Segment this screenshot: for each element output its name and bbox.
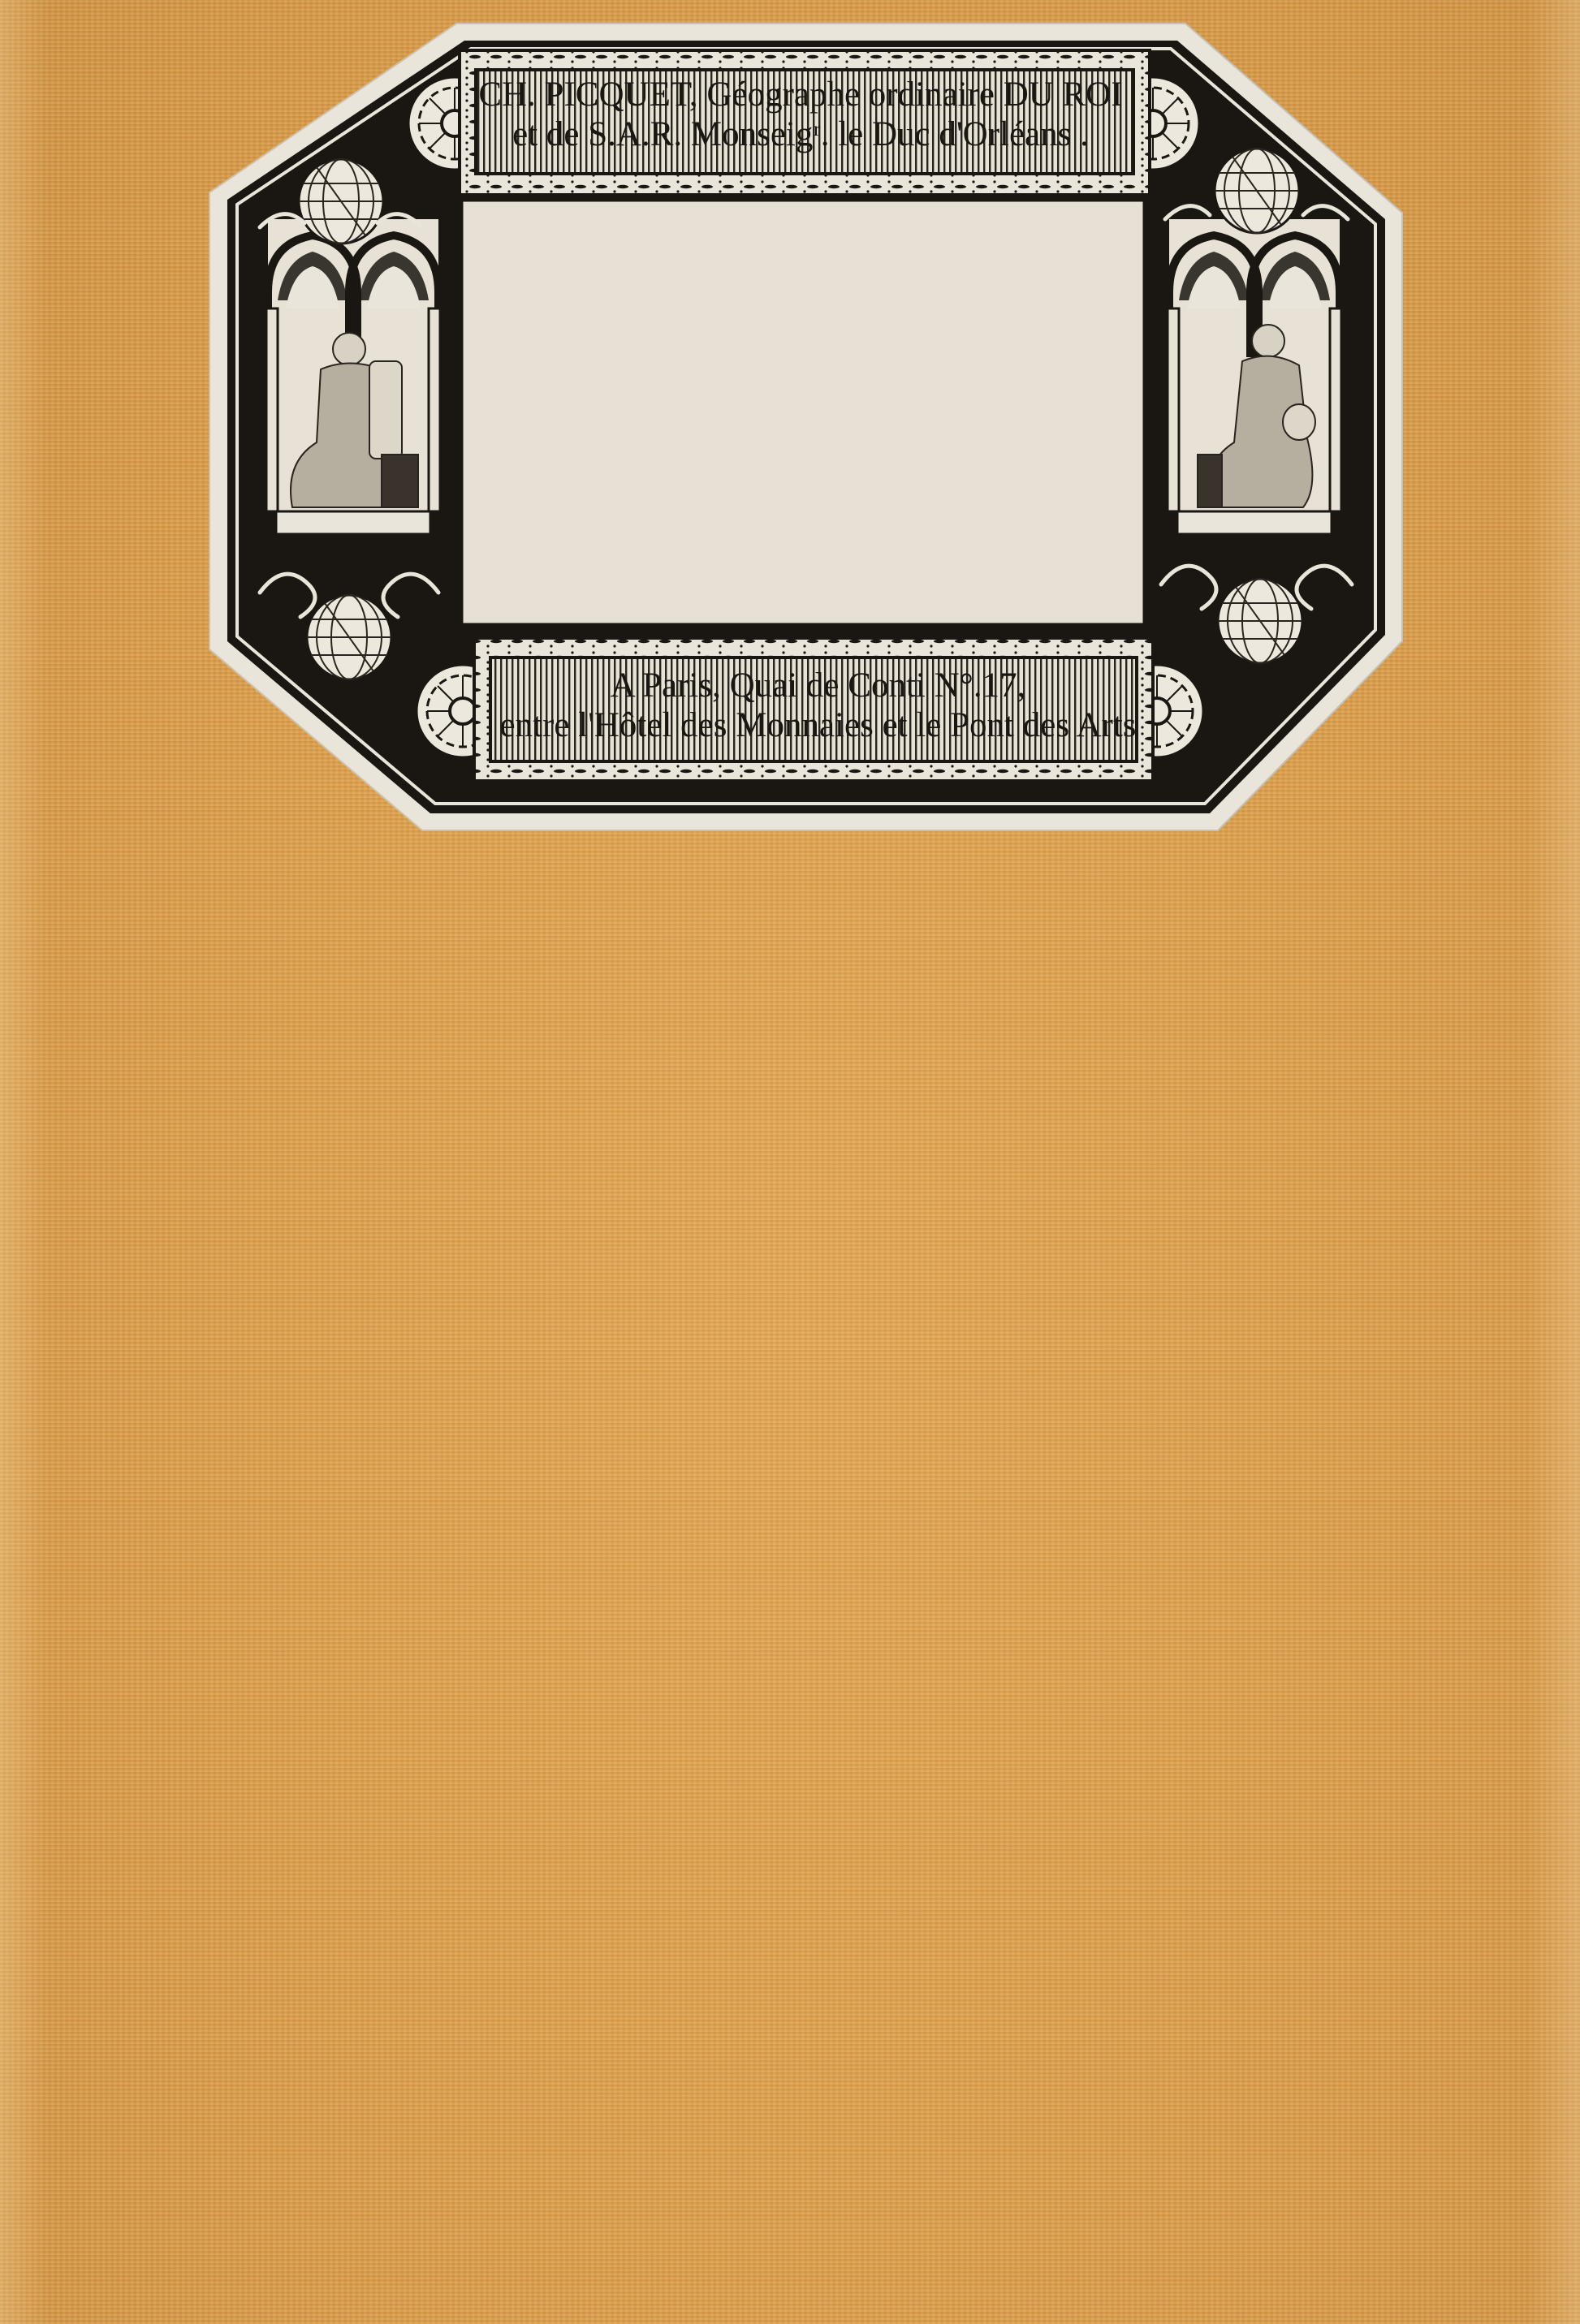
publisher-label: CH. PICQUET, Géographe ordinaire DU ROI … — [0, 0, 1580, 860]
publisher-name-line: CH. PICQUET, Géographe ordinaire DU ROI — [460, 75, 1142, 114]
bottom-cartouche-text: A Paris, Quai de Conti N°.17, entre l'Hô… — [487, 666, 1149, 746]
publisher-title-line: et de S.A.R. Monseigʳ. le Duc d'Orléans … — [460, 114, 1142, 154]
address-line-2: entre l'Hôtel des Monnaies et le Pont de… — [487, 705, 1149, 745]
cloth-cover: CH. PICQUET, Géographe ordinaire DU ROI … — [0, 0, 1580, 2324]
address-line-1: A Paris, Quai de Conti N°.17, — [487, 666, 1149, 705]
blank-title-area — [463, 201, 1143, 623]
top-cartouche-text: CH. PICQUET, Géographe ordinaire DU ROI … — [460, 75, 1142, 155]
